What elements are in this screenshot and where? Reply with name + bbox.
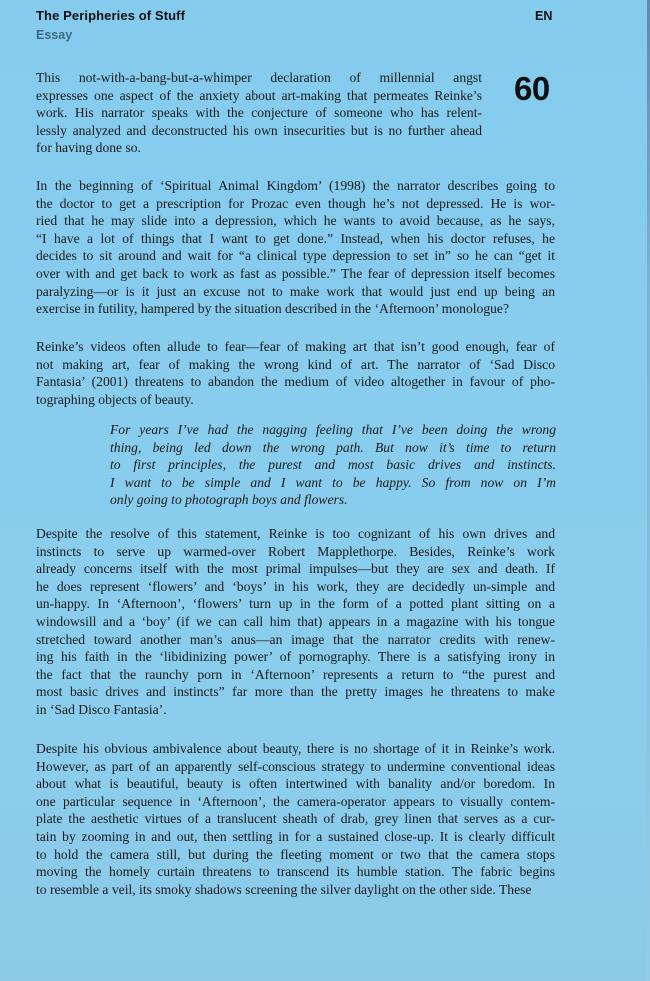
text-line: In the beginning of ‘Spiritual Animal Ki… bbox=[36, 177, 555, 195]
text-line: about what is beautiful, beauty is often… bbox=[36, 775, 555, 793]
text-line: to resemble a veil, its smoky shadows sc… bbox=[36, 881, 555, 899]
text-line: expresses one aspect of the anxiety abou… bbox=[36, 87, 482, 105]
text-line: in ‘Sad Disco Fantasia’. bbox=[36, 701, 555, 719]
text-line: Despite the resolve of this statement, R… bbox=[36, 525, 555, 543]
text-line: decides to sit around and wait for “a cl… bbox=[36, 247, 555, 265]
text-line: work. His narrator speaks with the conje… bbox=[36, 104, 482, 122]
text-line: However, as part of an apparently self-c… bbox=[36, 758, 555, 776]
text-line: tain by zooming in and out, then settlin… bbox=[36, 828, 555, 846]
text-line: lessly analyzed and deconstructed his ow… bbox=[36, 122, 482, 140]
language-label: EN bbox=[535, 9, 552, 23]
text-line: over with and get back to work as fast a… bbox=[36, 265, 555, 283]
section-label: Essay bbox=[36, 28, 72, 42]
text-line: ing his faith in the ‘libidinizing power… bbox=[36, 648, 555, 666]
page: The Peripheries of Stuff Essay EN 60 Thi… bbox=[0, 0, 650, 981]
text-line: already concerns itself with the most pr… bbox=[36, 560, 555, 578]
text-line: plate the aesthetic virtues of a translu… bbox=[36, 810, 555, 828]
text-line: un-happy. In ‘Afternoon’, ‘flowers’ turn… bbox=[36, 595, 555, 613]
text-line: the doctor to get a prescription for Pro… bbox=[36, 195, 555, 213]
text-line: instincts to serve up warmed-over Robert… bbox=[36, 543, 555, 561]
text-line: most basic drives and instincts” far mor… bbox=[36, 683, 555, 701]
text-line: moving the homely curtain threatens to t… bbox=[36, 863, 555, 881]
text-line: For years I’ve had the nagging feeling t… bbox=[110, 421, 556, 439]
text-line: windowsill and a ‘boy’ (if we can call h… bbox=[36, 613, 555, 631]
paragraph: Reinke’s videos often allude to fear—fea… bbox=[36, 338, 555, 408]
text-line: Fantasia’ (2001) threatens to abandon th… bbox=[36, 373, 555, 391]
text-line: one particular sequence in ‘Afternoon’, … bbox=[36, 793, 555, 811]
text-line: “I have a lot of things that I want to g… bbox=[36, 230, 555, 248]
text-line: paralyzing—or is it just an excuse not t… bbox=[36, 283, 555, 301]
text-line: Reinke’s videos often allude to fear—fea… bbox=[36, 338, 555, 356]
paragraph: Despite the resolve of this statement, R… bbox=[36, 525, 555, 719]
running-head: The Peripheries of Stuff bbox=[36, 8, 185, 23]
text-line: This not-with-a-bang-but-a-whimper decla… bbox=[36, 69, 482, 87]
text-line: I want to be simple and I want to be hap… bbox=[110, 474, 556, 492]
text-line: tographing objects of beauty. bbox=[36, 391, 555, 409]
text-line: Despite his obvious ambivalence about be… bbox=[36, 740, 555, 758]
text-line: the fact that the raunchy porn in ‘After… bbox=[36, 666, 555, 684]
text-line: to first principles, the purest and most… bbox=[110, 456, 556, 474]
paragraph: In the beginning of ‘Spiritual Animal Ki… bbox=[36, 177, 555, 318]
text-line: for having done so. bbox=[36, 139, 482, 157]
text-line: thing, being led down the wrong path. Bu… bbox=[110, 439, 556, 457]
text-line: not making art, fear of making the wrong… bbox=[36, 356, 555, 374]
block-quote: For years I’ve had the nagging feeling t… bbox=[110, 421, 556, 509]
text-line: ried that he may slide into a depression… bbox=[36, 212, 555, 230]
text-line: stretched toward another man’s anus—an i… bbox=[36, 631, 555, 649]
paragraph: Despite his obvious ambivalence about be… bbox=[36, 740, 555, 898]
text-line: to hold the camera still, but during the… bbox=[36, 846, 555, 864]
text-line: only going to photograph boys and flower… bbox=[110, 491, 556, 509]
text-line: he does represent ‘flowers’ and ‘boys’ i… bbox=[36, 578, 555, 596]
paragraph: This not-with-a-bang-but-a-whimper decla… bbox=[36, 69, 482, 157]
page-number: 60 bbox=[514, 72, 550, 105]
text-line: exercise in futility, hampered by the si… bbox=[36, 300, 555, 318]
